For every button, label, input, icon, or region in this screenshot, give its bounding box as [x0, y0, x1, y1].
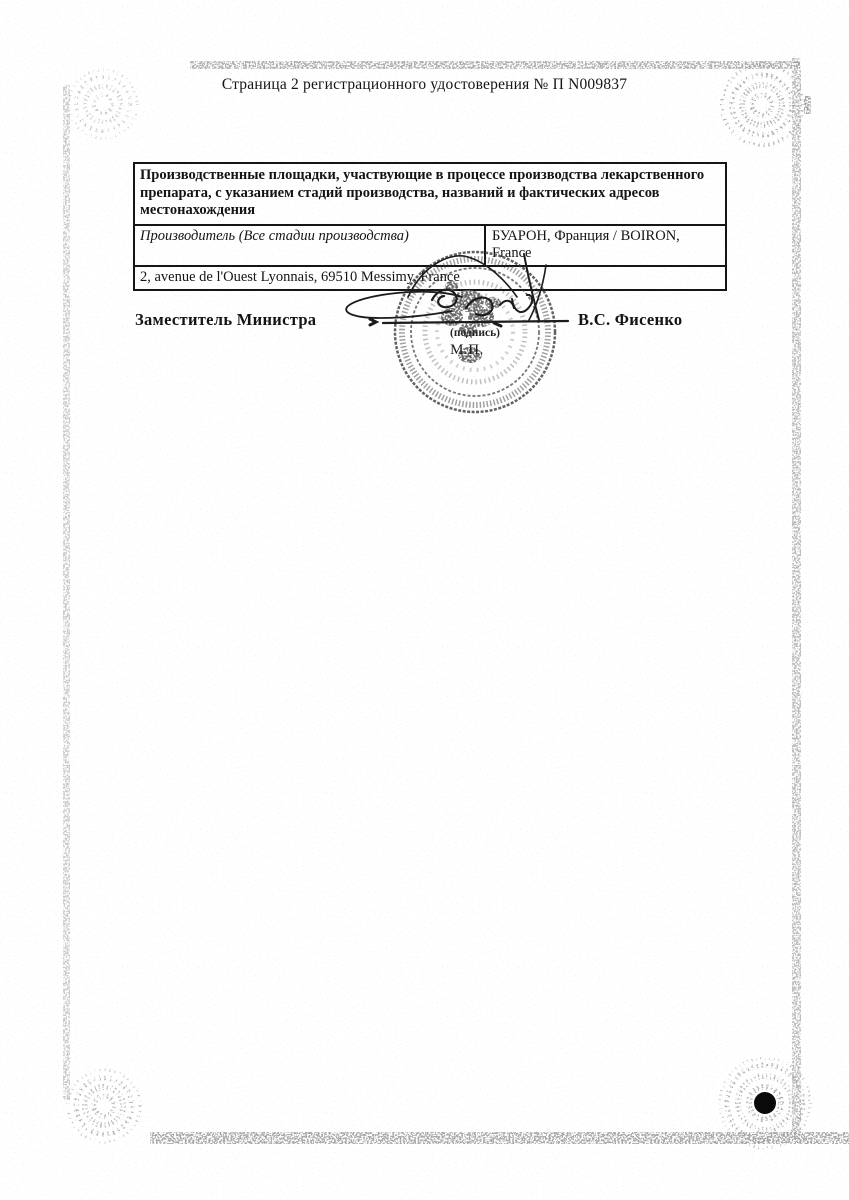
left-border-speckle	[63, 85, 70, 1100]
manufacturer-row: Производитель (Все стадии производства) …	[135, 226, 725, 267]
signatory-name: В.С. Фисенко	[578, 310, 682, 330]
right-edge-mark	[804, 96, 811, 114]
signatory-title: Заместитель Министра	[135, 310, 316, 330]
page-header: Страница 2 регистрационного удостоверени…	[0, 76, 849, 94]
seal-mark-label: М.П.	[402, 342, 532, 359]
manufacturer-address-cell: 2, avenue de l'Ouest Lyonnais, 69510 Mes…	[135, 267, 725, 289]
right-border-speckle	[792, 58, 801, 1142]
table-header-cell: Производственные площадки, участвующие в…	[135, 164, 725, 226]
document-page: Страница 2 регистрационного удостоверени…	[0, 0, 849, 1200]
hole-punch-dot	[754, 1092, 776, 1114]
top-border-speckle	[190, 61, 800, 69]
signature-caption-label: (подпись)	[410, 327, 540, 339]
production-sites-table: Производственные площадки, участвующие в…	[133, 162, 727, 291]
manufacturer-value-cell: БУАРОН, Франция / BOIRON, France	[486, 226, 725, 265]
bottom-border-speckle	[150, 1132, 849, 1144]
rosette-bottom-right-icon	[720, 1058, 810, 1148]
rosette-bottom-left-icon	[68, 1070, 140, 1142]
manufacturer-label-cell: Производитель (Все стадии производства)	[135, 226, 486, 265]
